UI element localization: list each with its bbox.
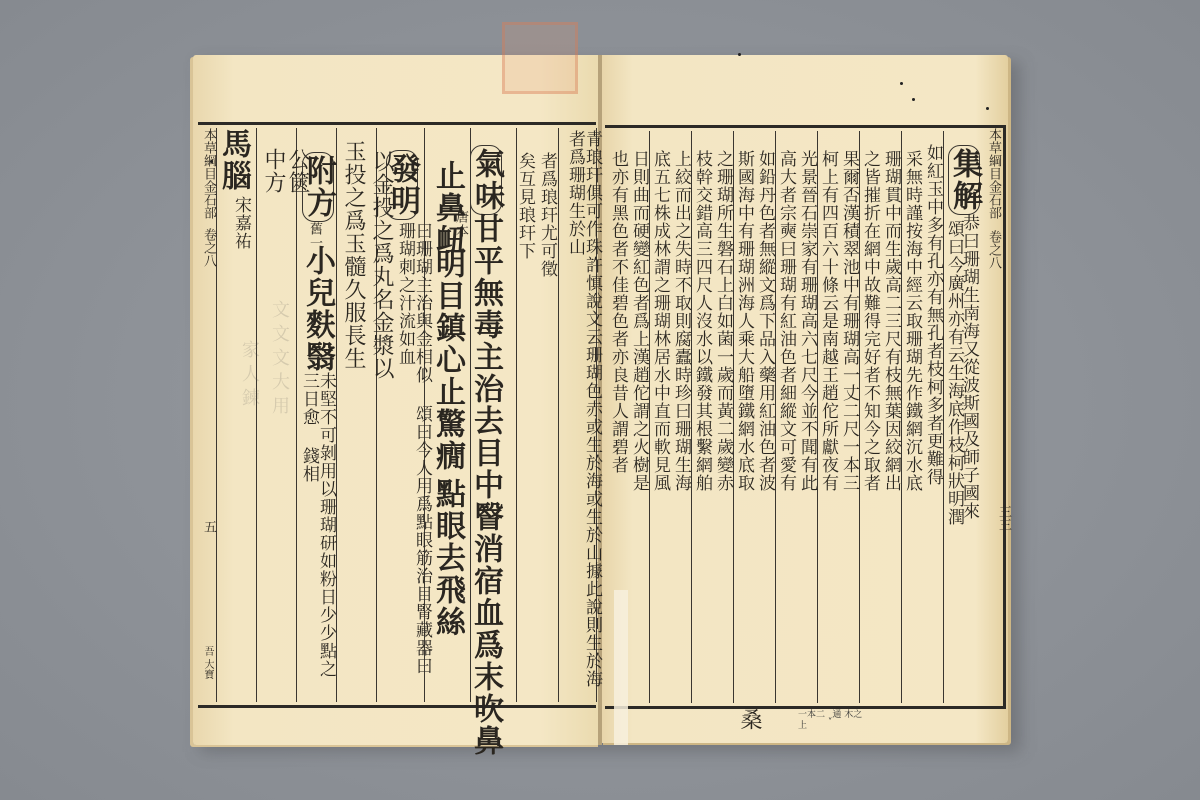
text-column: 如紅玉中多有孔亦有無孔者枝柯多者更難得 xyxy=(924,144,941,486)
bleed-through-text: 文文文大用 xyxy=(270,300,288,420)
right-spine-title: 本草綱目金石部 xyxy=(984,128,1003,219)
text-column: 矣互見琅玕下 xyxy=(516,152,533,260)
right-folio-number: 三三 xyxy=(994,505,1013,531)
text-column: 如鉛丹色者無縱文爲下品入藥用紅油色者波 xyxy=(756,150,773,492)
text-column: 中方 xyxy=(262,148,284,194)
entry-title-agate: 馬腦 xyxy=(218,128,248,192)
text-column: 底五七株成林謂之珊瑚林居水中直而軟見風 xyxy=(651,150,668,492)
indication-text: 止鼻衄 xyxy=(432,160,462,256)
text-column: 高大者宗奭曰珊瑚有紅油色者細縱文可愛有 xyxy=(777,150,794,492)
column-rule xyxy=(336,128,337,702)
text-column: 枝幹交錯高三四尺人沒水以鐵發其根繫網舶 xyxy=(693,150,710,492)
column-rule xyxy=(558,128,559,702)
entry-source-note: 宋嘉祐 xyxy=(232,196,249,250)
text-column: 頌曰今廣州亦有云生海底作枝柯狀明潤 xyxy=(945,220,962,526)
text-column: 之珊瑚所生磐石上白如菌一歲而黃二歲變赤 xyxy=(714,150,731,492)
text-column: 者爲琅玕尤可徵 xyxy=(538,152,555,278)
indication-text: 點眼去飛絲 xyxy=(432,478,462,638)
collector-seal xyxy=(502,22,578,94)
wormhole xyxy=(912,98,915,101)
prescription-title: 小兒麩翳 xyxy=(302,245,332,373)
text-column: 光景晉石崇家有珊瑚高六七尺今並不聞有此 xyxy=(798,150,815,492)
wormhole xyxy=(986,107,989,110)
text-column: 青琅玕俱可作珠許慎說文云珊瑚色赤或生於海或生於山據此說則生於海者爲珊瑚生於山 xyxy=(560,130,600,700)
text-column: 上絞而出之失時不取則腐蠹時珍曰珊瑚生海 xyxy=(672,150,689,492)
text-column: 之皆摧折在網中故難得完好者不知今之取者 xyxy=(861,150,878,492)
section-heading-fufang: 附方 xyxy=(302,152,334,222)
text-column: 珊瑚貫中而生歲高二三尺有枝無葉因絞網出 xyxy=(882,150,899,492)
source-note: 唐本 xyxy=(454,210,467,238)
wormhole xyxy=(738,53,741,56)
text-column: 斯國海中有珊瑚洲海人乘大船墮鐵網水底取 xyxy=(735,150,752,492)
bleed-through-text: 家人鍊 xyxy=(240,340,258,412)
left-folio-bottom: 吾 大寶 xyxy=(200,646,215,679)
text-column: 采無時謹按海中經云取珊瑚先作鐵網沉水底 xyxy=(903,150,920,492)
right-spine-volume: 卷之八 xyxy=(984,230,1003,269)
prescription-text: 未堅不可剝用以珊瑚研如粉日少少點之三日愈 錢相 xyxy=(300,372,334,692)
text-column: 日則曲而硬變紅色者爲上漢趙佗謂之火樹是 xyxy=(630,150,647,492)
text-column: 也亦有黑色者不佳碧色者亦良昔人謂碧者 xyxy=(609,150,626,474)
column-rule xyxy=(296,128,297,702)
text-column: 果爾否漢積翠池中有珊瑚高一丈二尺一本三 xyxy=(840,150,857,492)
left-spine-volume: 卷之八 xyxy=(199,228,218,267)
text-column: 柯上有四百六十條云是南越王趙佗所獻夜有 xyxy=(819,150,836,492)
wormhole xyxy=(900,82,903,85)
left-folio-number: 五 xyxy=(199,520,218,533)
section-heading-faming: 發明 xyxy=(386,150,418,220)
section-heading-jijie: 集解 xyxy=(948,145,980,215)
faming-text: 曰珊瑚主治與金相似 頌曰今人用爲點眼筋治目腎藏器曰珊瑚刺之汁流如血 xyxy=(396,222,430,692)
bottom-mark: 桑 xyxy=(738,708,760,731)
text-column: 玉投之爲玉髓久服長生 xyxy=(342,140,364,370)
paper-repair-strip xyxy=(614,590,628,745)
section-heading-qiwei: 氣味 xyxy=(470,145,502,215)
qiwei-text: 甘平無毒主治去目中瞖消宿血爲末吹鼻 xyxy=(470,213,500,757)
column-rule xyxy=(256,128,257,702)
indication-text: 明目鎮心止驚癇 xyxy=(432,248,462,472)
bottom-annotation: 一本二 ˬ通 木之上 xyxy=(798,710,868,732)
